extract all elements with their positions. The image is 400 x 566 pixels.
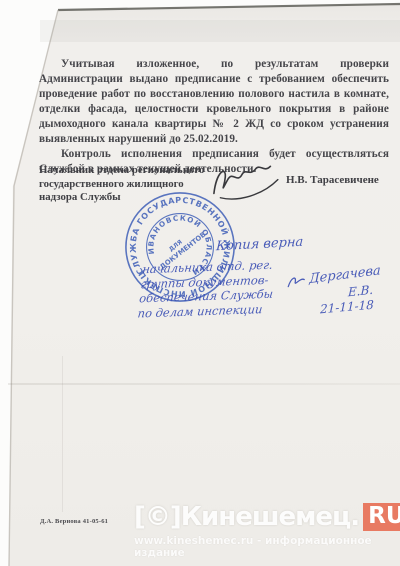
watermark-ru-badge: RU — [363, 503, 400, 531]
document-body: Учитывая изложенное, по результатам пров… — [39, 57, 389, 177]
body-paragraph: Учитывая изложенное, по результатам пров… — [39, 57, 389, 147]
signatory-name: Н.В. Тарасевичене — [286, 174, 379, 186]
watermark-brand: Кинешемец. — [181, 502, 359, 532]
watermark-tagline: www.kineshemec.ru - информационное издан… — [134, 535, 400, 559]
handwritten-note: начальника отд. рег. группы документов- … — [137, 258, 277, 321]
fold-crease-vertical — [62, 356, 63, 512]
paraph-scribble — [286, 273, 306, 290]
handwritten-initials: Е.В. — [348, 283, 374, 300]
fold-crease — [8, 383, 400, 385]
executor-contact: Д.А. Вернова 41-05-61 — [40, 518, 108, 525]
scan-shadow-band — [40, 20, 400, 42]
site-watermark: [©] Кинешемец. RU www.kineshemec.ru - ин… — [134, 502, 400, 559]
scanned-document-photo: Учитывая изложенное, по результатам пров… — [0, 0, 400, 566]
copyright-icon: [©] — [134, 502, 181, 532]
